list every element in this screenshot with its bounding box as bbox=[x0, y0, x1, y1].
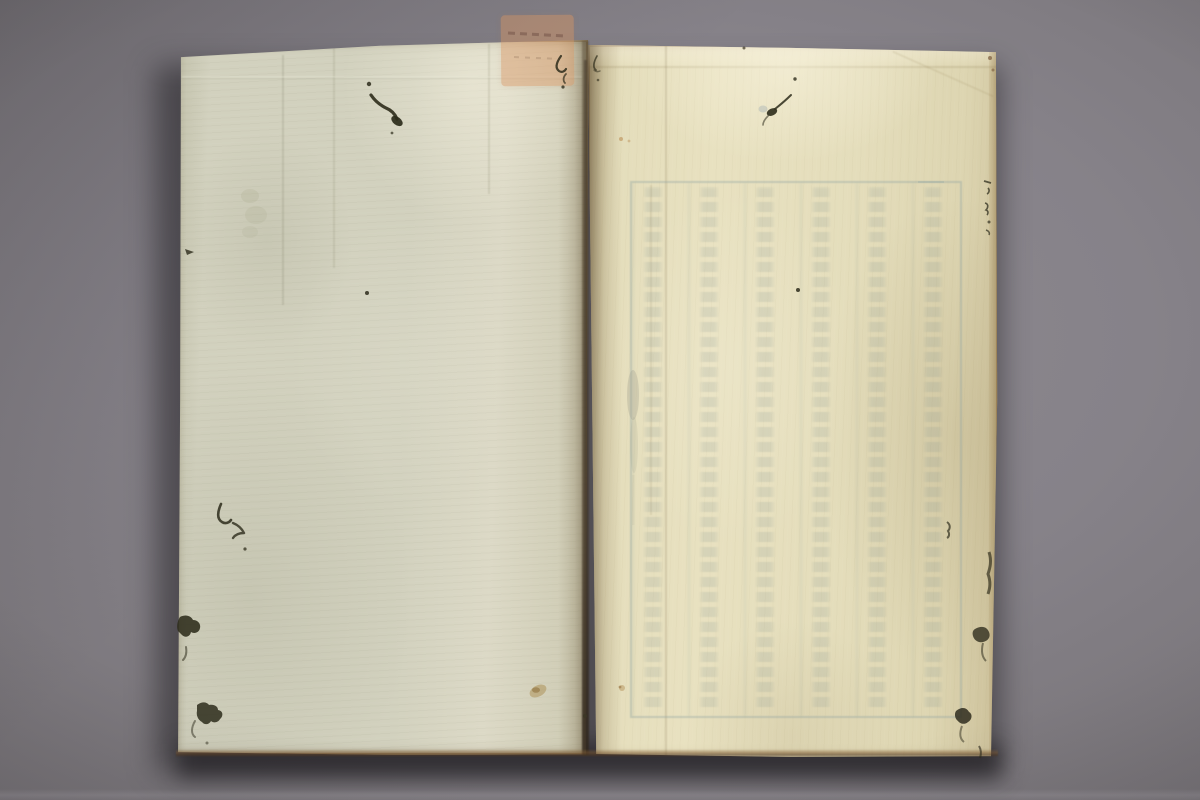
left-page-crease bbox=[488, 44, 490, 194]
bleedthrough-topline-extension bbox=[918, 181, 944, 183]
left-page bbox=[176, 40, 588, 755]
right-page bbox=[588, 45, 998, 759]
tape-label bbox=[501, 15, 575, 87]
open-book bbox=[0, 0, 1200, 800]
right-page-gutter-shading bbox=[588, 45, 622, 759]
photo-of-open-antique-book bbox=[0, 0, 1200, 800]
left-page-crease bbox=[333, 48, 335, 268]
left-page-paper-mottling bbox=[176, 40, 588, 755]
bleedthrough-ruled-frame bbox=[630, 181, 962, 718]
book-bottom-page-edges bbox=[176, 749, 998, 757]
spine-gutter-core bbox=[584, 60, 587, 750]
bleedthrough-text-columns bbox=[636, 187, 956, 712]
left-page-crease bbox=[282, 55, 284, 305]
right-page-fore-edge bbox=[989, 45, 998, 759]
